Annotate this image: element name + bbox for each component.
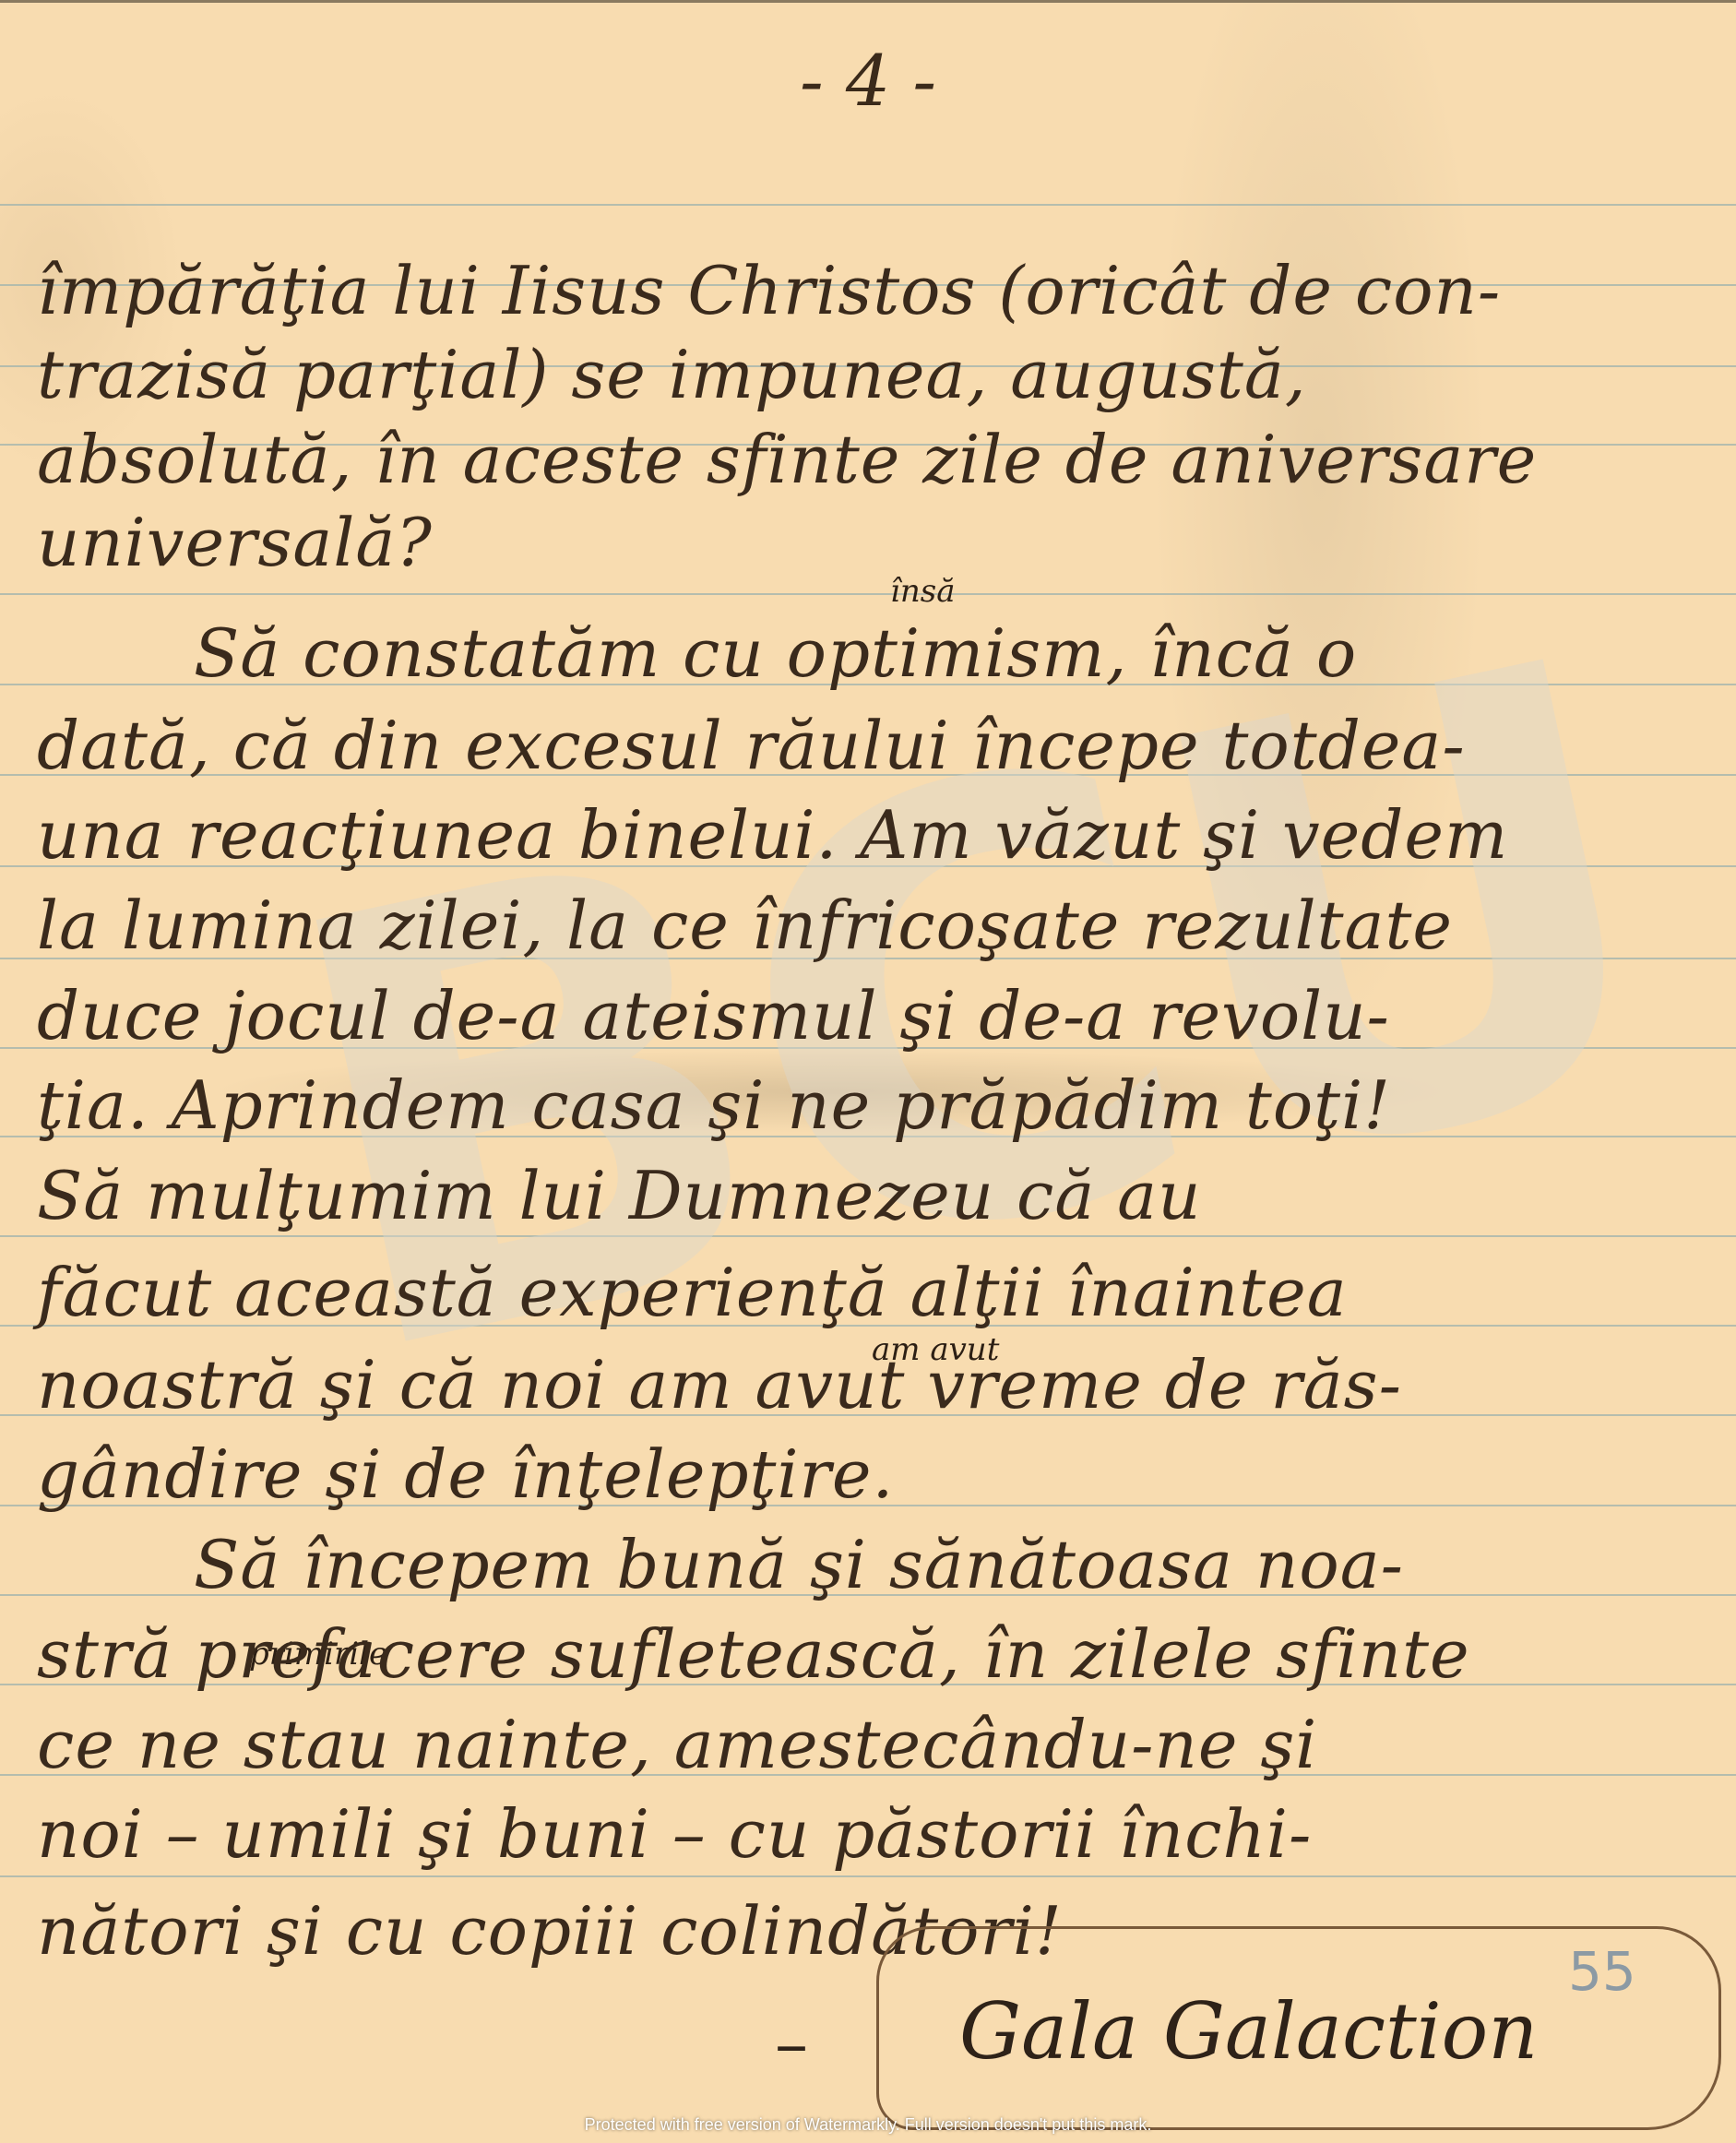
ruled-line <box>0 593 1736 595</box>
text-line: stră prefacere sufletească, în zilele sf… <box>37 1617 1699 1691</box>
text-line: una reacţiunea binelui. Am văzut şi vede… <box>37 798 1699 872</box>
text-line: noastră şi că noi am avut vreme de răs- <box>37 1348 1699 1422</box>
watermark-notice: Protected with free version of Watermark… <box>0 2115 1736 2135</box>
ruled-line <box>0 204 1736 206</box>
text-line: Să mulţumim lui Dumnezeu că au <box>37 1159 1699 1232</box>
text-line: gândire şi de înţelepţire. <box>37 1437 1699 1511</box>
text-line: universală? <box>37 506 1699 579</box>
signature-dash: – <box>775 2005 808 2082</box>
ruled-line <box>0 1235 1736 1237</box>
text-line: ţia. Aprindem casa şi ne prăpădim toţi! <box>37 1068 1699 1142</box>
text-line: trazisă parţial) se impunea, augustă, <box>37 338 1699 411</box>
signature: Gala Galaction <box>959 1986 1538 2077</box>
text-line: împărăţia lui Iisus Christos (oricât de … <box>37 254 1699 327</box>
text-line: noi – umili şi buni – cu păstorii închi- <box>37 1797 1699 1871</box>
text-line: Să începem bună şi sănătoasa noa- <box>37 1528 1699 1601</box>
ruled-line <box>0 1875 1736 1877</box>
text-line: la lumina zilei, la ce înfricoşate rezul… <box>37 888 1699 962</box>
text-line: Să constatăm cu optimism, încă o <box>37 616 1699 690</box>
insertion-above-line: însă <box>890 573 956 610</box>
archive-number: 55 <box>1568 1940 1636 2003</box>
text-line: absolută, în aceste sfinte zile de anive… <box>37 423 1699 496</box>
page-number: - 4 - <box>0 40 1736 122</box>
manuscript-page: BCU - 4 - împărăţia lui Iisus Christos (… <box>0 0 1736 2143</box>
text-line: făcut această experienţă alţii înaintea <box>37 1256 1699 1329</box>
text-line: ce ne stau nainte, amestecându-ne şi <box>37 1708 1699 1781</box>
text-line: dată, că din excesul răului începe totde… <box>37 708 1699 782</box>
text-line: duce jocul de-a ateismul şi de-a revolu- <box>37 979 1699 1053</box>
